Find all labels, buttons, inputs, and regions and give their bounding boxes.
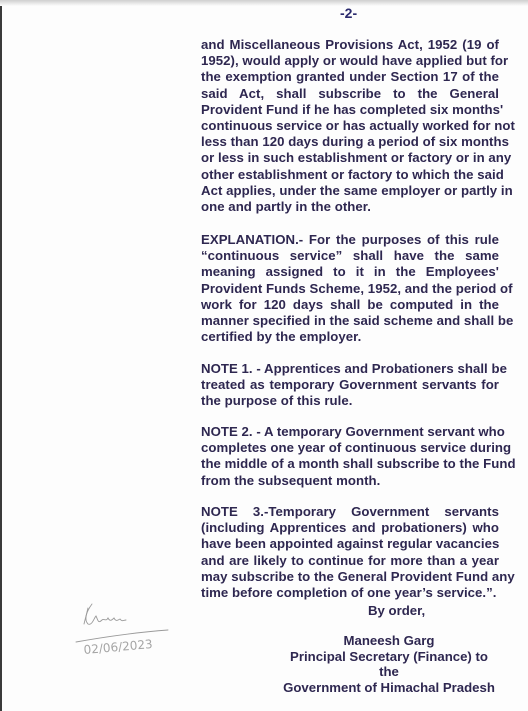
text-line: the middle of a month shall subscribe to…	[201, 456, 499, 472]
text-line: manner specified in the said scheme and …	[201, 313, 499, 329]
text-line: the exemption granted under Section 17 o…	[201, 69, 499, 85]
text-line: time before completion of one year’s ser…	[201, 585, 499, 601]
text-line: or less in such establishment or factory…	[201, 150, 499, 166]
paragraph-note-3: NOTE 3.-Temporary Government servants (i…	[201, 504, 499, 601]
viewer-top-shadow	[0, 0, 528, 6]
signatory-name: Maneesh Garg	[280, 633, 498, 649]
text-line: work for 120 days shall be computed in t…	[201, 297, 499, 313]
text-line: 1952), would apply or would have applied…	[201, 53, 499, 69]
paragraph-note-1: NOTE 1. - Apprentices and Probationers s…	[201, 361, 499, 410]
text-line: NOTE 2. - A temporary Government servant…	[201, 424, 499, 440]
text-line: may subscribe to the General Provident F…	[201, 569, 499, 585]
paragraph-explanation: EXPLANATION.- For the purposes of this r…	[201, 232, 499, 345]
page-number: -2-	[340, 5, 357, 21]
handwritten-initials-and-date: 02/06/2023	[70, 598, 190, 658]
text-line: EXPLANATION.- For the purposes of this r…	[201, 232, 499, 248]
text-line: have been appointed against regular vaca…	[201, 536, 499, 552]
signatory-government: Government of Himachal Pradesh	[280, 680, 498, 696]
text-line: Provident Funds Scheme, 1952, and the pe…	[201, 281, 499, 297]
text-line: meaning assigned to it in the Employees'	[201, 264, 499, 280]
text-line: less than 120 days during a period of si…	[201, 134, 499, 150]
text-line: one and partly in the other.	[201, 199, 499, 215]
paragraph-note-2: NOTE 2. - A temporary Government servant…	[201, 424, 499, 489]
closing-by-order: By order,	[368, 603, 425, 618]
text-line: and are likely to continue for more than…	[201, 553, 499, 569]
text-line: NOTE 3.-Temporary Government servants	[201, 504, 499, 520]
text-line: continuous service or has actually worke…	[201, 118, 499, 134]
text-line: (including Apprentices and probationers)…	[201, 520, 499, 536]
text-line: “continuous service” shall have the same	[201, 248, 499, 264]
text-line: and Miscellaneous Provisions Act, 1952 (…	[201, 37, 499, 53]
text-line: from the subsequent month.	[201, 473, 499, 489]
text-line: certified by the employer.	[201, 329, 499, 345]
text-line: completes one year of continuous service…	[201, 440, 499, 456]
signature-block: Maneesh Garg Principal Secretary (Financ…	[280, 633, 498, 695]
text-line: treated as temporary Government servants…	[201, 377, 499, 393]
text-line: NOTE 1. - Apprentices and Probationers s…	[201, 361, 499, 377]
text-line: said Act, shall subscribe to the General	[201, 86, 499, 102]
svg-text:02/06/2023: 02/06/2023	[83, 637, 153, 657]
text-line: the purpose of this rule.	[201, 393, 499, 409]
text-line: Provident Fund if he has completed six m…	[201, 102, 499, 118]
paragraph-continuation: and Miscellaneous Provisions Act, 1952 (…	[201, 37, 499, 215]
viewer-left-border	[0, 0, 2, 711]
text-line: other establishment or factory to which …	[201, 167, 499, 183]
signatory-designation: Principal Secretary (Finance) to the	[280, 649, 498, 680]
text-line: Act applies, under the same employer or …	[201, 183, 499, 199]
